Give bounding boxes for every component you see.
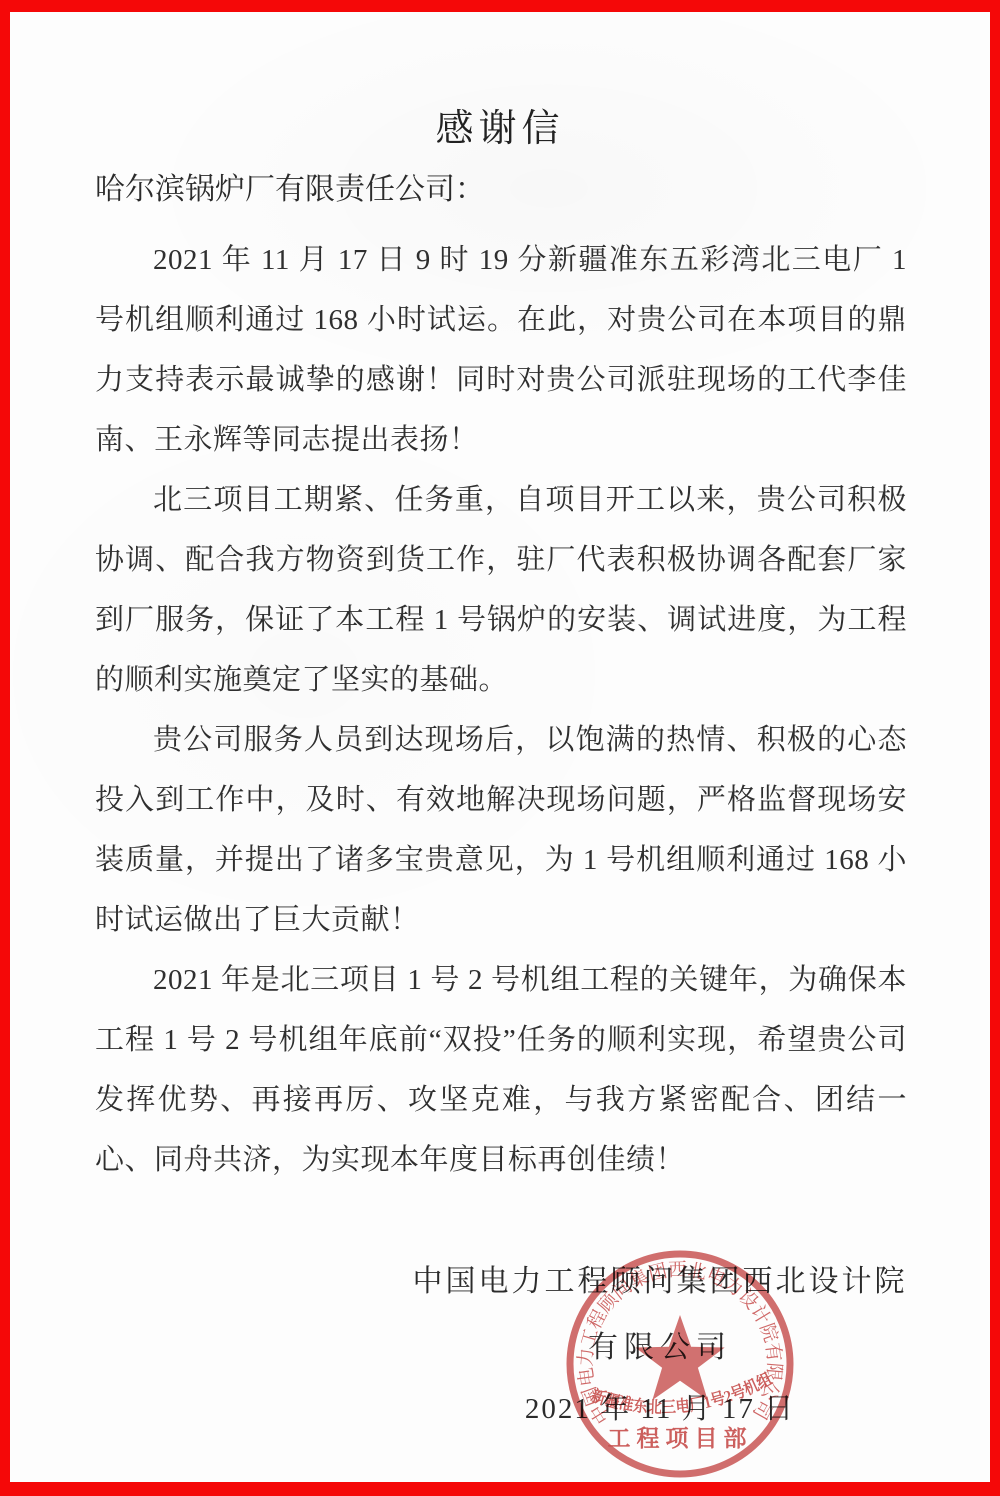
paragraph: 2021 年是北三项目 1 号 2 号机组工程的关键年，为确保本工程 1 号 2… xyxy=(95,950,907,1190)
letter-page: 感谢信 哈尔滨锅炉厂有限责任公司： 2021 年 11 月 17 日 9 时 1… xyxy=(0,0,1000,1496)
paragraph: 贵公司服务人员到达现场后，以饱满的热情、积极的心态投入到工作中，及时、有效地解决… xyxy=(95,710,907,950)
signature-org-line2: 有限公司 xyxy=(340,1328,980,1368)
signature-org-line1: 中国电力工程顾问集团西北设计院 xyxy=(340,1260,980,1304)
signature-date: 2021 年 11 月 17 日 xyxy=(340,1389,980,1429)
letter-title: 感谢信 xyxy=(10,105,990,153)
salutation: 哈尔滨锅炉厂有限责任公司： xyxy=(95,170,485,210)
letter-body: 2021 年 11 月 17 日 9 时 19 分新疆准东五彩湾北三电厂 1 号… xyxy=(95,230,907,1190)
paragraph: 2021 年 11 月 17 日 9 时 19 分新疆准东五彩湾北三电厂 1 号… xyxy=(95,230,907,470)
paragraph: 北三项目工期紧、任务重，自项目开工以来，贵公司积极协调、配合我方物资到货工作，驻… xyxy=(95,470,907,710)
signature-block: 中国电力工程顾问集团西北设计院 有限公司 2021 年 11 月 17 日 xyxy=(340,1260,980,1429)
